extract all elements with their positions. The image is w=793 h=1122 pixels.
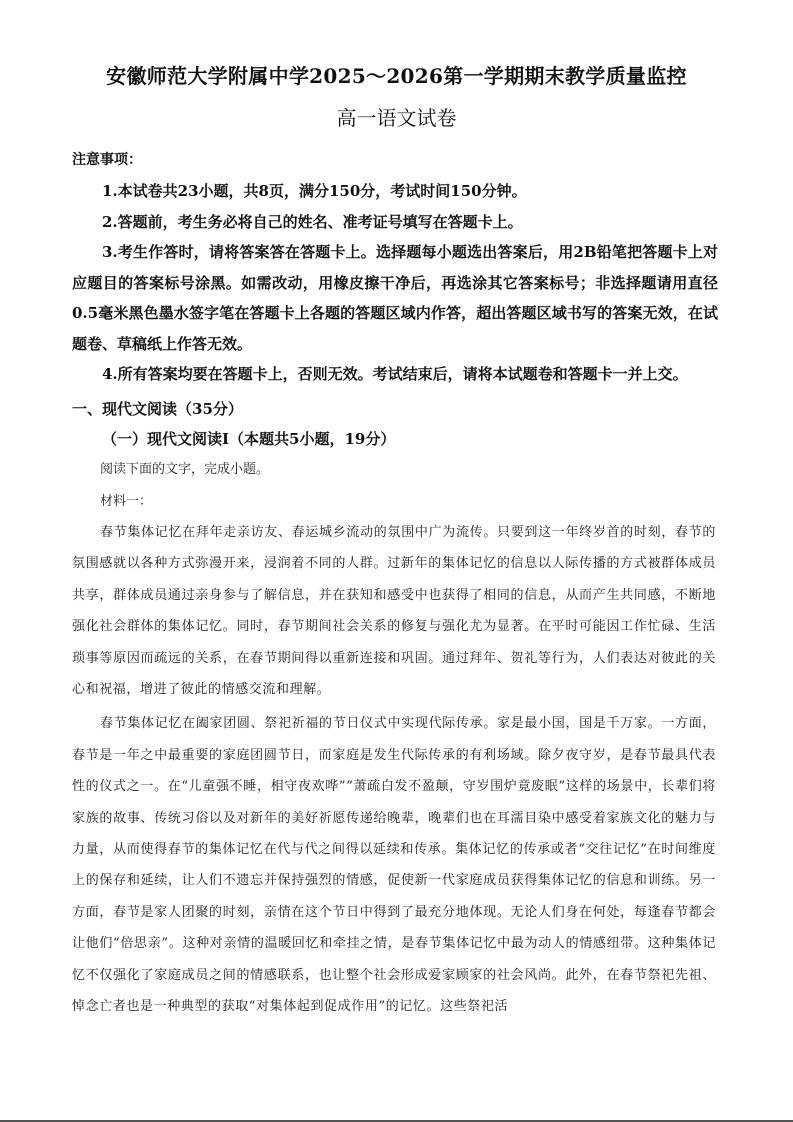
notice-heading: 注意事项： [72, 150, 142, 170]
passage-paragraph: 春节集体记忆在拜年走亲访友、春运城乡流动的氛围中广为流传。只要到这一年终岁首的时… [72, 517, 716, 705]
reading-instruction: 阅读下面的文字，完成小题。 [100, 460, 269, 480]
exam-subtitle: 高一语文试卷 [0, 104, 793, 132]
notice-item: 2.答题前，考生务必将自己的姓名、准考证号填写在答题卡上。 [72, 207, 718, 238]
notice-item: 4.所有答案均要在答题卡上，否则无效。考试结束后，请将本试题卷和答题卡一并上交。 [72, 359, 718, 390]
passage-paragraph: 春节集体记忆在阖家团圆、祭祀祈福的节日仪式中实现代际传承。家是最小国，国是千万家… [72, 708, 716, 1022]
subsection-heading: （一）现代文阅读Ⅰ（本题共5小题，19分） [102, 428, 395, 450]
exam-title: 安徽师范大学附属中学2025～2026第一学期期末教学质量监控 [0, 62, 793, 90]
section-heading: 一、现代文阅读（35分） [72, 398, 243, 420]
material-label: 材料一： [100, 492, 152, 512]
reading-passage: 春节集体记忆在拜年走亲访友、春运城乡流动的氛围中广为流传。只要到这一年终岁首的时… [72, 517, 716, 1026]
exam-page: 安徽师范大学附属中学2025～2026第一学期期末教学质量监控 高一语文试卷 注… [0, 0, 793, 1120]
notice-item: 1.本试卷共23小题，共8页，满分150分，考试时间150分钟。 [72, 176, 718, 207]
notice-list: 1.本试卷共23小题，共8页，满分150分，考试时间150分钟。 2.答题前，考… [72, 176, 718, 390]
notice-item: 3.考生作答时，请将答案答在答题卡上。选择题每小题选出答案后，用2B铅笔把答题卡… [72, 237, 718, 359]
